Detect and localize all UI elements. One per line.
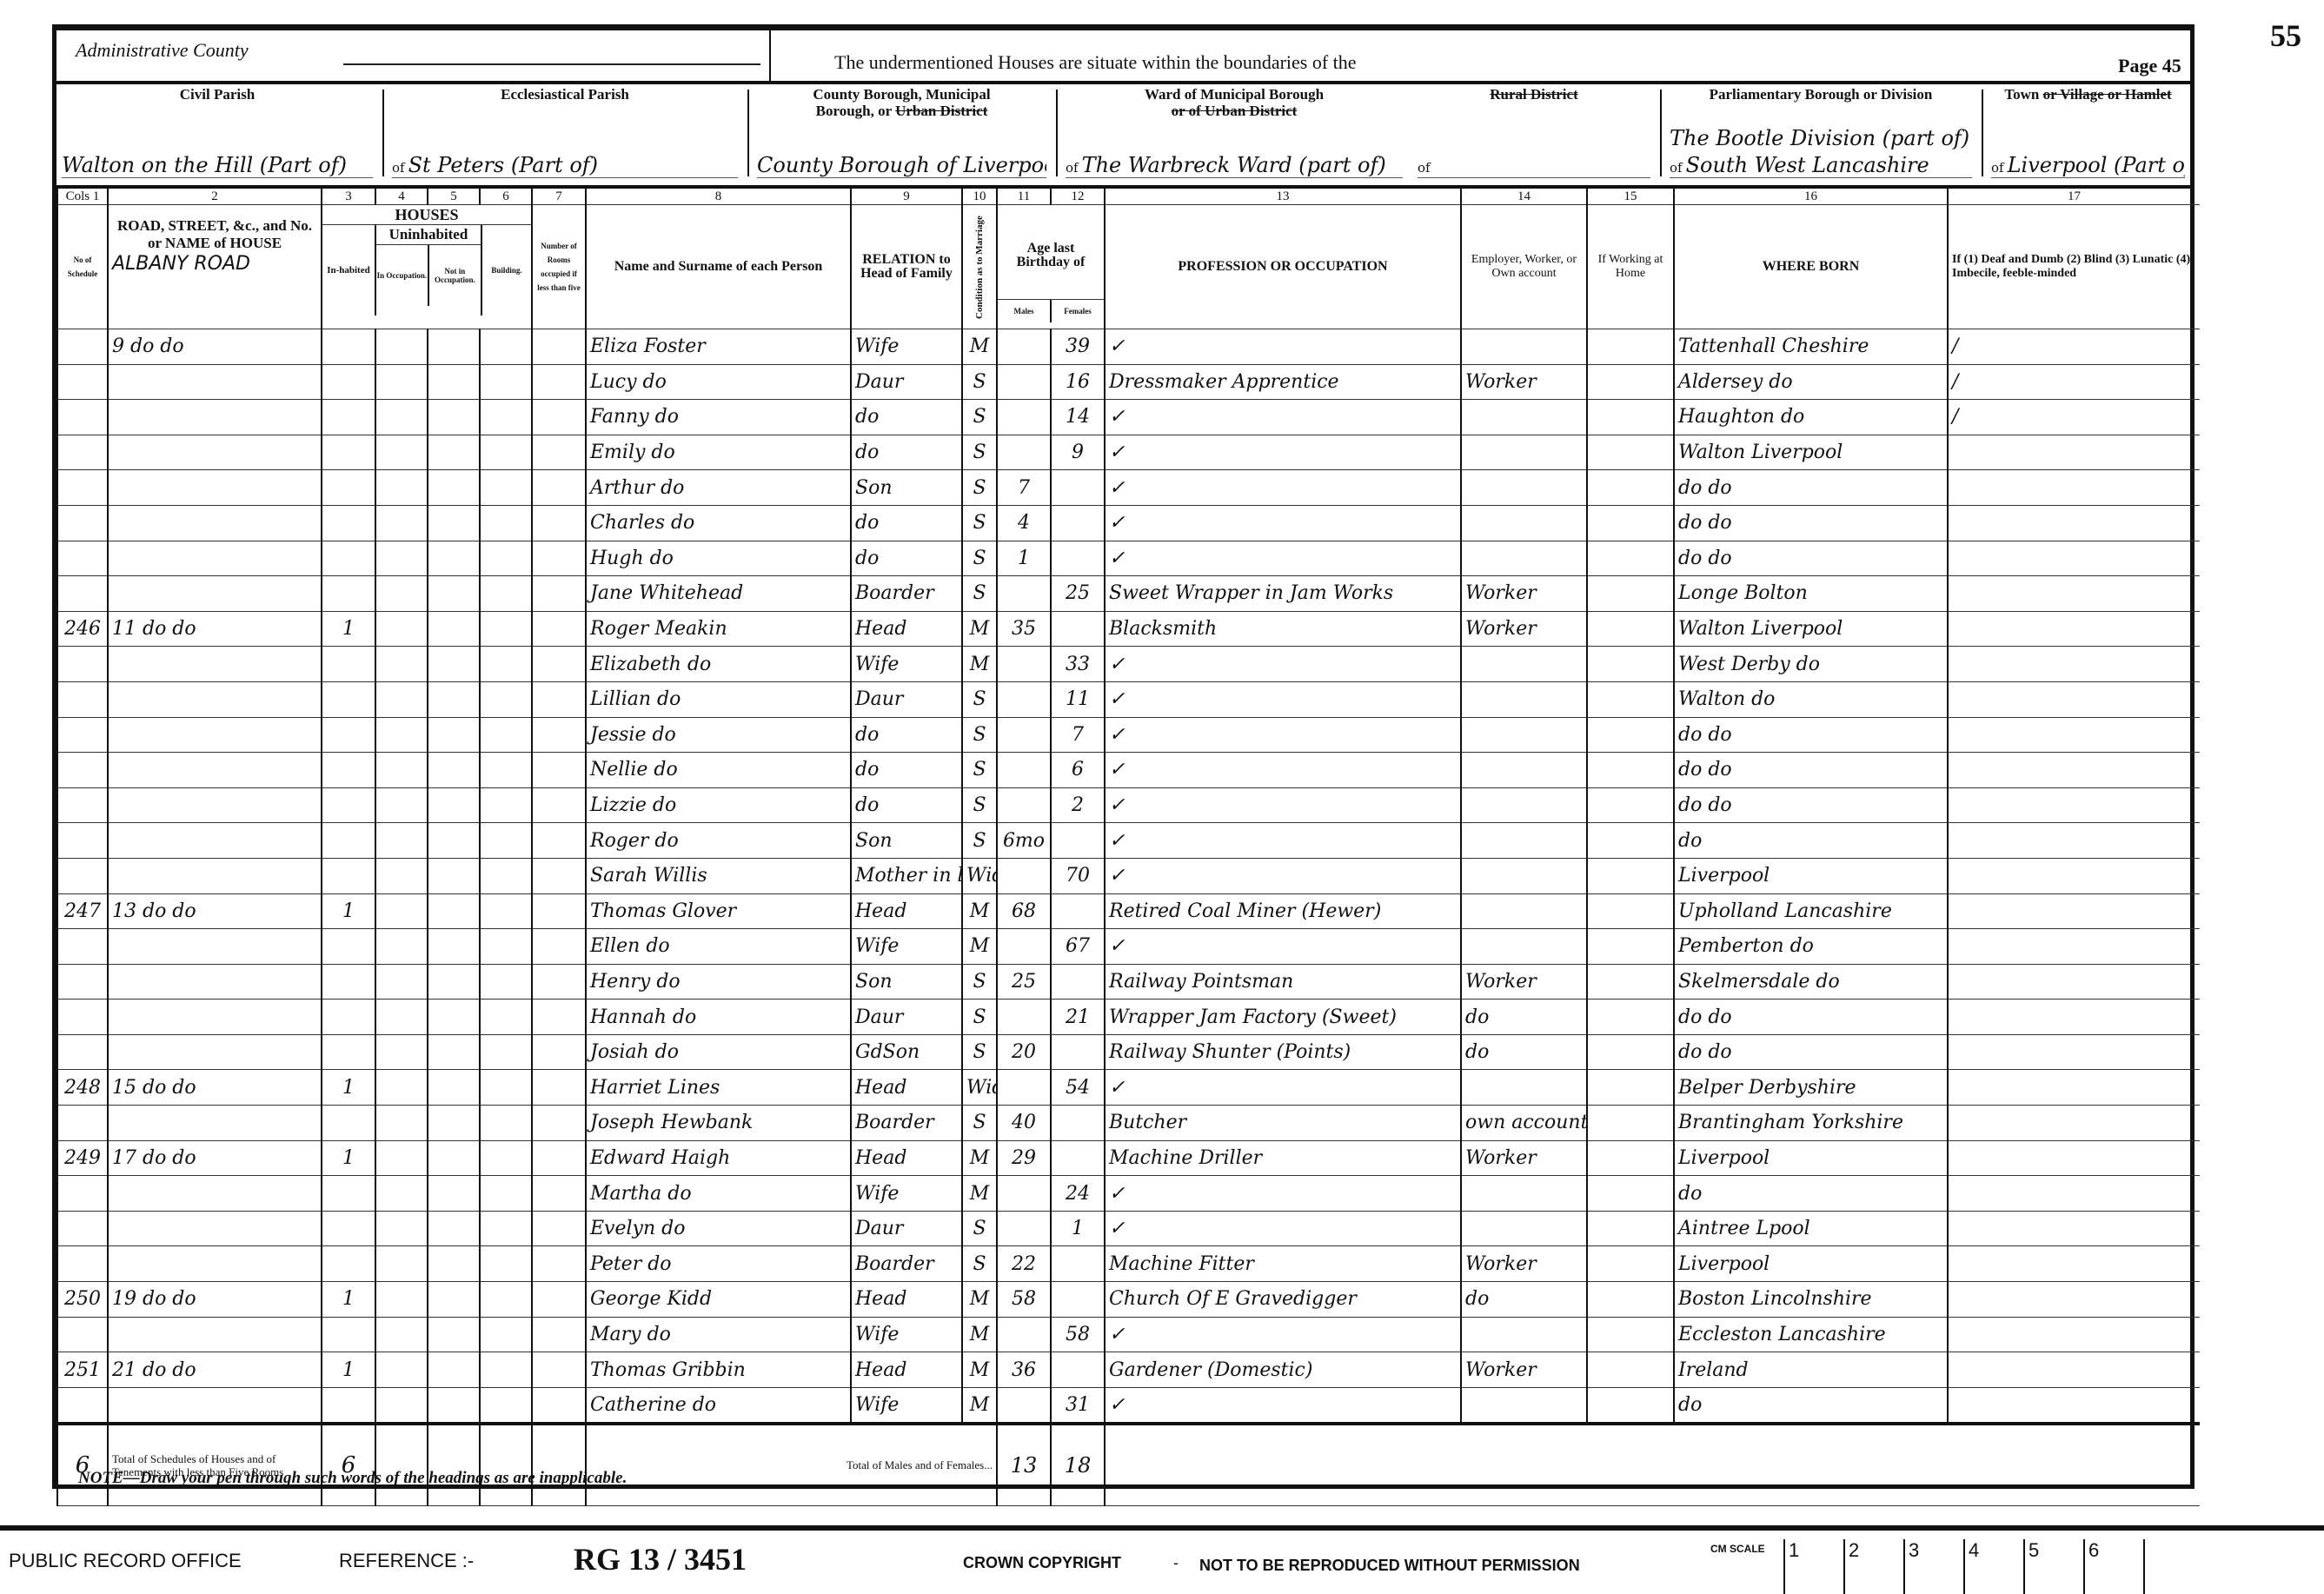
relation: do [851, 435, 962, 470]
female-age: 9 [1051, 435, 1105, 470]
table-row: Elizabeth doWifeM33✓West Derby do [57, 647, 2200, 682]
female-age: 54 [1051, 1070, 1105, 1106]
relation: Wife [851, 929, 962, 965]
total-schedules: 6 [57, 1424, 108, 1506]
relation: do [851, 541, 962, 576]
female-age: 6 [1051, 753, 1105, 788]
infirmity [1948, 753, 2200, 788]
relation: Daur [851, 681, 962, 717]
where-born: Belper Derbyshire [1674, 1070, 1948, 1106]
schedule-number: 248 [57, 1070, 108, 1106]
header-occupation: PROFESSION OR OCCUPATION [1105, 205, 1461, 329]
header-building: Building. [481, 225, 531, 315]
note-text: NOTE—Draw your pen through such words of… [78, 1469, 627, 1488]
banner-text: The undermentioned Houses are situate wi… [834, 51, 1357, 74]
town-caption: Town [2004, 86, 2039, 103]
schedule-number [57, 470, 108, 506]
col-num: 16 [1674, 189, 1948, 205]
employment [1461, 1070, 1587, 1106]
relation: Head [851, 893, 962, 929]
working-at-home [1587, 1176, 1674, 1212]
occupation: ✓ [1105, 717, 1461, 753]
relation: Boarder [851, 1246, 962, 1282]
table-row: Josiah doGdSonS20Railway Shunter (Points… [57, 1034, 2200, 1070]
person-name: Lillian do [586, 681, 851, 717]
table-row: Sarah WillisMother in lawWid70✓Liverpool [57, 858, 2200, 893]
working-at-home [1587, 1282, 1674, 1318]
condition: M [962, 1352, 997, 1388]
address: 15 do do [108, 1070, 322, 1106]
column-number-row: Cols 1 2 3 4 5 6 7 8 9 10 11 12 13 14 15… [57, 189, 2200, 205]
occupation: ✓ [1105, 929, 1461, 965]
schedule-number [57, 505, 108, 541]
person-name: Sarah Willis [586, 858, 851, 893]
where-born: do do [1674, 470, 1948, 506]
employment [1461, 753, 1587, 788]
condition: S [962, 964, 997, 1000]
address [108, 1034, 322, 1070]
male-age [997, 435, 1051, 470]
condition: S [962, 505, 997, 541]
parliamentary-borough: Parliamentary Borough or Division The Bo… [1664, 81, 1977, 185]
ward: Ward of Municipal Boroughor of Urban Dis… [1060, 81, 1408, 185]
table-row: Hugh dodoS1✓do do [57, 541, 2200, 576]
male-age [997, 1211, 1051, 1246]
col-num: 8 [586, 189, 851, 205]
inhabited: 1 [322, 611, 375, 647]
inhabited: 1 [322, 1352, 375, 1388]
schedule-number: 246 [57, 611, 108, 647]
table-row: 24917 do do1Edward HaighHeadM29Machine D… [57, 1140, 2200, 1176]
parliamentary-division-value: South West Lancashire [1686, 153, 1929, 177]
relation: Head [851, 1352, 962, 1388]
inhabited [322, 435, 375, 470]
inhabited [322, 1106, 375, 1141]
inhabited [322, 823, 375, 859]
relation: do [851, 505, 962, 541]
infirmity [1948, 1106, 2200, 1141]
table-row: Jessie dodoS7✓do do [57, 717, 2200, 753]
occupation: Retired Coal Miner (Hewer) [1105, 893, 1461, 929]
working-at-home [1587, 364, 1674, 400]
ward-caption: Ward of Municipal Borough [1145, 86, 1324, 103]
male-age: 29 [997, 1140, 1051, 1176]
inhabited [322, 717, 375, 753]
address [108, 541, 322, 576]
employment: Worker [1461, 1246, 1587, 1282]
working-at-home [1587, 329, 1674, 365]
record-office-label: PUBLIC RECORD OFFICE [9, 1550, 242, 1572]
address: 13 do do [108, 893, 322, 929]
working-at-home [1587, 1317, 1674, 1352]
schedule-number [57, 717, 108, 753]
infirmity [1948, 929, 2200, 965]
address [108, 823, 322, 859]
female-age: 70 [1051, 858, 1105, 893]
relation: do [851, 717, 962, 753]
female-age [1051, 1034, 1105, 1070]
person-name: Charles do [586, 505, 851, 541]
condition: S [962, 681, 997, 717]
male-age [997, 1070, 1051, 1106]
where-born: Haughton do [1674, 400, 1948, 435]
col-num: 7 [532, 189, 586, 205]
employment [1461, 435, 1587, 470]
where-born: do [1674, 1387, 1948, 1424]
totals-row: 6 Total of Schedules of Houses and of Te… [57, 1424, 2200, 1506]
condition: M [962, 1140, 997, 1176]
person-name: Henry do [586, 964, 851, 1000]
employment: Worker [1461, 576, 1587, 612]
person-name: Catherine do [586, 1387, 851, 1424]
person-name: Evelyn do [586, 1211, 851, 1246]
inhabited [322, 787, 375, 823]
where-born: Tattenhall Cheshire [1674, 329, 1948, 365]
female-age [1051, 470, 1105, 506]
male-age [997, 929, 1051, 965]
admin-county-row: Administrative County The undermentioned… [56, 30, 2190, 84]
ecclesiastical-parish: Ecclesiastical Parish ofSt Peters (Part … [387, 81, 743, 185]
table-row: 24713 do do1Thomas GloverHeadM68Retired … [57, 893, 2200, 929]
male-age: 20 [997, 1034, 1051, 1070]
working-at-home [1587, 647, 1674, 682]
table-row: Ellen doWifeM67✓Pemberton do [57, 929, 2200, 965]
condition: S [962, 576, 997, 612]
schedule-number [57, 858, 108, 893]
working-at-home [1587, 470, 1674, 506]
where-born: Walton Liverpool [1674, 611, 1948, 647]
schedule-number [57, 753, 108, 788]
person-name: Joseph Hewbank [586, 1106, 851, 1141]
person-name: Ellen do [586, 929, 851, 965]
employment [1461, 1317, 1587, 1352]
male-age [997, 576, 1051, 612]
female-age: 67 [1051, 929, 1105, 965]
infirmity [1948, 647, 2200, 682]
occupation: Machine Driller [1105, 1140, 1461, 1176]
working-at-home [1587, 893, 1674, 929]
schedule-number [57, 1387, 108, 1424]
infirmity [1948, 1317, 2200, 1352]
employment: Worker [1461, 364, 1587, 400]
female-age [1051, 611, 1105, 647]
infirmity [1948, 1000, 2200, 1035]
divider [1056, 90, 1058, 176]
working-at-home [1587, 541, 1674, 576]
inhabited [322, 400, 375, 435]
relation: GdSon [851, 1034, 962, 1070]
male-age [997, 1317, 1051, 1352]
page-label: Page 45 [2118, 55, 2181, 77]
employment [1461, 1387, 1587, 1424]
condition: M [962, 647, 997, 682]
schedule-number [57, 1176, 108, 1212]
col-num: 15 [1587, 189, 1674, 205]
schedule-number [57, 1211, 108, 1246]
relation: Boarder [851, 576, 962, 612]
of-label: of [1670, 160, 1683, 176]
relation: Son [851, 964, 962, 1000]
ward-caption-struck: or of Urban District [1172, 103, 1298, 119]
occupation: ✓ [1105, 858, 1461, 893]
total-females: 18 [1051, 1424, 1105, 1506]
table-row: Nellie dodoS6✓do do [57, 753, 2200, 788]
header-name: Name and Surname of each Person [586, 205, 851, 329]
relation: Boarder [851, 1106, 962, 1141]
relation: Wife [851, 647, 962, 682]
address: 21 do do [108, 1352, 322, 1388]
employment: do [1461, 1282, 1587, 1318]
infirmity [1948, 964, 2200, 1000]
table-row: Martha doWifeM24✓do [57, 1176, 2200, 1212]
relation: Son [851, 470, 962, 506]
col-num: 3 [322, 189, 375, 205]
condition: S [962, 541, 997, 576]
female-age [1051, 1140, 1105, 1176]
relation: Wife [851, 329, 962, 365]
county-borough-caption-struck: Urban District [895, 103, 987, 119]
occupation: ✓ [1105, 1317, 1461, 1352]
infirmity [1948, 611, 2200, 647]
inhabited [322, 1246, 375, 1282]
working-at-home [1587, 1000, 1674, 1035]
female-age: 11 [1051, 681, 1105, 717]
where-born: Eccleston Lancashire [1674, 1317, 1948, 1352]
header-females: Females [1050, 300, 1104, 322]
male-age [997, 681, 1051, 717]
condition: S [962, 1246, 997, 1282]
relation: Wife [851, 1317, 962, 1352]
condition: S [962, 753, 997, 788]
person-name: Harriet Lines [586, 1070, 851, 1106]
female-age [1051, 964, 1105, 1000]
total-schedules-label: Total of Schedules of Houses and of Tene… [108, 1424, 322, 1506]
where-born: do do [1674, 787, 1948, 823]
address: 17 do do [108, 1140, 322, 1176]
working-at-home [1587, 611, 1674, 647]
table-row: Lucy doDaurS16Dressmaker ApprenticeWorke… [57, 364, 2200, 400]
infirmity [1948, 505, 2200, 541]
male-age [997, 364, 1051, 400]
female-age: 21 [1051, 1000, 1105, 1035]
civil-parish-value: Walton on the Hill (Part of) [62, 153, 373, 178]
schedule-number: 249 [57, 1140, 108, 1176]
divider [1660, 90, 1662, 176]
admin-county-value [343, 63, 760, 65]
female-age: 2 [1051, 787, 1105, 823]
schedule-number [57, 1246, 108, 1282]
relation: Wife [851, 1176, 962, 1212]
working-at-home [1587, 753, 1674, 788]
employment: Worker [1461, 964, 1587, 1000]
female-age: 16 [1051, 364, 1105, 400]
divider [769, 30, 771, 81]
male-age: 68 [997, 893, 1051, 929]
occupation: ✓ [1105, 681, 1461, 717]
scale-end [2143, 1539, 2183, 1594]
condition: S [962, 787, 997, 823]
infirmity [1948, 787, 2200, 823]
condition: S [962, 1211, 997, 1246]
rural-district: Rural District of [1412, 81, 1656, 185]
cm-scale-label: CM SCALE [1710, 1539, 1783, 1594]
female-age: 58 [1051, 1317, 1105, 1352]
infirmity [1948, 1211, 2200, 1246]
occupation: ✓ [1105, 541, 1461, 576]
occupation: Church Of E Gravedigger [1105, 1282, 1461, 1318]
of-label: of [1066, 160, 1079, 176]
table-row: Lillian doDaurS11✓Walton do [57, 681, 2200, 717]
infirmity [1948, 1352, 2200, 1388]
male-age [997, 647, 1051, 682]
address [108, 1000, 322, 1035]
person-name: Eliza Foster [586, 329, 851, 365]
occupation: Machine Fitter [1105, 1246, 1461, 1282]
condition: M [962, 1176, 997, 1212]
occupation: Sweet Wrapper in Jam Works [1105, 576, 1461, 612]
inhabited [322, 1211, 375, 1246]
person-name: Fanny do [586, 400, 851, 435]
relation: Head [851, 1282, 962, 1318]
of-label: of [1991, 160, 2004, 176]
relation: Head [851, 611, 962, 647]
condition: S [962, 717, 997, 753]
person-name: Thomas Gribbin [586, 1352, 851, 1388]
person-name: Peter do [586, 1246, 851, 1282]
infirmity [1948, 1070, 2200, 1106]
divider [747, 90, 749, 176]
address [108, 1211, 322, 1246]
address [108, 1176, 322, 1212]
condition: M [962, 1317, 997, 1352]
inhabited: 1 [322, 1140, 375, 1176]
col-num: 13 [1105, 189, 1461, 205]
working-at-home [1587, 1140, 1674, 1176]
infirmity [1948, 823, 2200, 859]
employment [1461, 1211, 1587, 1246]
female-age: 14 [1051, 400, 1105, 435]
address [108, 1317, 322, 1352]
employment [1461, 717, 1587, 753]
town: Town or Village or Hamlet ofLiverpool (P… [1986, 81, 2190, 185]
female-age [1051, 1352, 1105, 1388]
occupation: ✓ [1105, 1176, 1461, 1212]
working-at-home [1587, 1070, 1674, 1106]
address: 9 do do [108, 329, 322, 365]
header-uninhabited: Uninhabited [376, 225, 481, 245]
relation: Mother in law [851, 858, 962, 893]
working-at-home [1587, 681, 1674, 717]
condition: S [962, 1106, 997, 1141]
working-at-home [1587, 400, 1674, 435]
col-num: 9 [851, 189, 962, 205]
occupation: ✓ [1105, 753, 1461, 788]
working-at-home [1587, 787, 1674, 823]
working-at-home [1587, 576, 1674, 612]
working-at-home [1587, 858, 1674, 893]
employment [1461, 400, 1587, 435]
col-num: 10 [962, 189, 997, 205]
condition: Wid [962, 858, 997, 893]
where-born: Walton do [1674, 681, 1948, 717]
schedule-number [57, 1106, 108, 1141]
infirmity [1948, 681, 2200, 717]
inhabited [322, 1176, 375, 1212]
county-borough-caption: County Borough, Municipal [813, 86, 990, 103]
admin-county-label: Administrative County [76, 39, 249, 62]
occupation: Dressmaker Apprentice [1105, 364, 1461, 400]
total-inhabited: 6 [322, 1424, 375, 1506]
col-num: 11 [997, 189, 1051, 205]
separator: - [1173, 1554, 1179, 1572]
scale-mark: 6 [2083, 1539, 2143, 1594]
relation: Daur [851, 364, 962, 400]
where-born: Boston Lincolnshire [1674, 1282, 1948, 1318]
schedule-number: 251 [57, 1352, 108, 1388]
page-edge-number: 55 [2270, 17, 2301, 54]
condition: M [962, 1282, 997, 1318]
condition: M [962, 1387, 997, 1424]
male-age: 58 [997, 1282, 1051, 1318]
condition: S [962, 435, 997, 470]
relation: do [851, 753, 962, 788]
address: 11 do do [108, 611, 322, 647]
schedule-number [57, 787, 108, 823]
male-age [997, 400, 1051, 435]
header-road: ROAD, STREET, &c., and No. or NAME of HO… [112, 217, 317, 252]
reference-number: RG 13 / 3451 [574, 1541, 747, 1577]
col-num: 12 [1051, 189, 1105, 205]
female-age: 39 [1051, 329, 1105, 365]
schedule-number [57, 435, 108, 470]
total-males-females-label: Total of Males and of Females... [586, 1424, 997, 1506]
employment [1461, 823, 1587, 859]
inhabited [322, 505, 375, 541]
person-name: Martha do [586, 1176, 851, 1212]
infirmity [1948, 576, 2200, 612]
working-at-home [1587, 1246, 1674, 1282]
address [108, 787, 322, 823]
person-name: Lizzie do [586, 787, 851, 823]
inhabited [322, 576, 375, 612]
person-name: Emily do [586, 435, 851, 470]
female-age [1051, 893, 1105, 929]
ward-value: The Warbreck Ward (part of) [1082, 153, 1386, 177]
header-in-occupation: In Occupation. [376, 245, 428, 306]
table-row: 9 do doEliza FosterWifeM39✓Tattenhall Ch… [57, 329, 2200, 365]
town-caption-struck: or Village or Hamlet [2043, 86, 2172, 103]
inhabited [322, 929, 375, 965]
occupation: ✓ [1105, 1387, 1461, 1424]
relation: Daur [851, 1000, 962, 1035]
inhabited [322, 470, 375, 506]
scale-mark: 5 [2023, 1539, 2083, 1594]
col-num: 6 [480, 189, 532, 205]
employment [1461, 681, 1587, 717]
schedule-number [57, 329, 108, 365]
infirmity [1948, 435, 2200, 470]
working-at-home [1587, 717, 1674, 753]
infirmity: / [1948, 400, 2200, 435]
where-born: do do [1674, 717, 1948, 753]
employment [1461, 929, 1587, 965]
schedule-number: 247 [57, 893, 108, 929]
col-num: 14 [1461, 189, 1587, 205]
infirmity [1948, 1034, 2200, 1070]
header-where-born: WHERE BORN [1674, 205, 1948, 329]
infirmity [1948, 1387, 2200, 1424]
of-label: of [392, 160, 405, 176]
